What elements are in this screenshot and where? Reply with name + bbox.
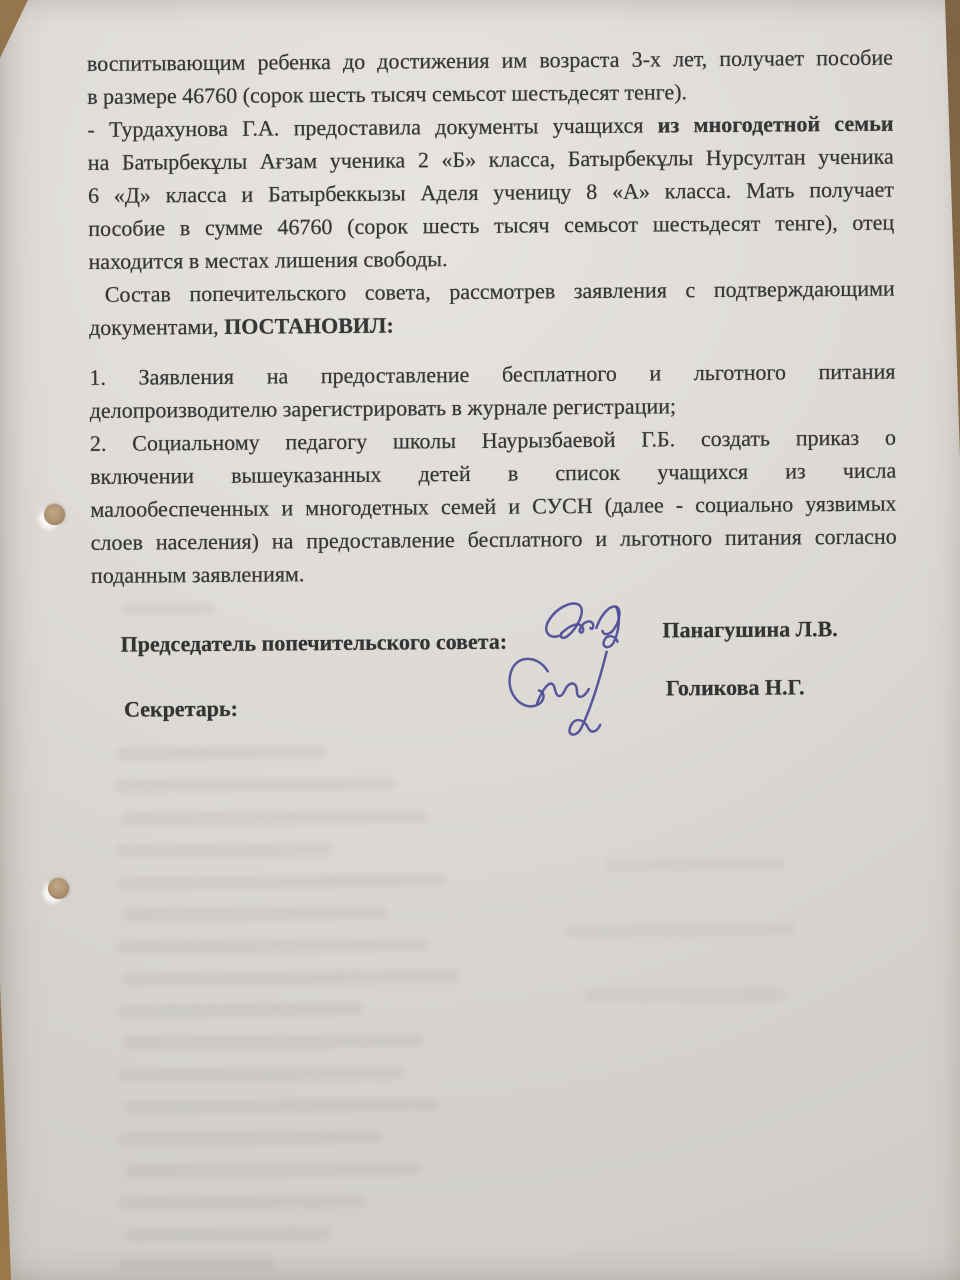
body-line: пособие в сумме 46760 (сорок шесть тысяч…: [88, 206, 894, 245]
body-line-text: в размере 46760 (сорок шесть тысяч семьс…: [87, 79, 687, 109]
document-page: воспитывающим ребенка до достижения им в…: [0, 0, 960, 1280]
bleed-through-line: [124, 1034, 424, 1049]
body-line-text: Состав попечительского совета, рассмотре…: [105, 276, 895, 307]
printed-content-layer: воспитывающим ребенка до достижения им в…: [0, 0, 960, 1280]
body-line-text: - Турдахунова Г.А. предоставила документ…: [87, 112, 657, 141]
body-line-text: воспитывающим ребенка до достижения им в…: [87, 45, 893, 76]
bleed-through-line: [118, 1131, 383, 1146]
resolution-item-line: слоев населения) на предоставление беспл…: [91, 520, 897, 559]
signature-stroke: [569, 652, 607, 735]
body-line-text: делопроизводителю зарегистрировать в жур…: [90, 393, 677, 423]
bleed-through-line: [120, 602, 215, 616]
bleed-through-line: [116, 874, 446, 890]
body-line-bold: ПОСТАНОВИЛ:: [224, 313, 394, 339]
bleed-through-line: [585, 987, 785, 1002]
punch-hole-top: [44, 504, 65, 525]
body-line-text: пособие в сумме 46760 (сорок шесть тысяч…: [88, 210, 894, 241]
bleed-through-line: [123, 970, 458, 986]
body-line-text: на Батырбекұлы Ағзам ученика 2 «Б» класс…: [88, 144, 894, 175]
bleed-through-line: [565, 922, 795, 937]
chairman-label: Председатель попечительского совета:: [120, 629, 507, 658]
signature-stroke: [561, 621, 593, 633]
body-line-text: 6 «Д» класса и Батырбеккызы Аделя учениц…: [88, 177, 894, 208]
bleed-through-line: [116, 843, 331, 858]
body-line: воспитывающим ребенка до достижения им в…: [87, 41, 893, 80]
body-line-text: 2. Социальному педагогу школы Наурызбаев…: [90, 425, 896, 456]
body-line-text: слоев населения) на предоставление беспл…: [91, 524, 897, 555]
bleed-through-line: [117, 938, 427, 953]
bleed-through-line: [123, 907, 388, 922]
body-line-text: малообеспеченных и многодетных семей и С…: [90, 491, 896, 522]
bleed-through-line: [119, 1257, 274, 1271]
signature-stroke: [509, 659, 548, 707]
resolution-item-line: 1. Заявления на предоставление бесплатно…: [89, 355, 895, 394]
chairman-signature: [536, 593, 656, 654]
signature-stroke: [546, 603, 582, 638]
bleed-through-text: [0, 0, 957, 4]
body-line-text: 1. Заявления на предоставление бесплатно…: [89, 359, 895, 390]
bleed-through-line: [118, 1066, 403, 1081]
body-line-text: поданным заявлениям.: [91, 561, 305, 588]
body-line-text: документами,: [89, 314, 224, 340]
resolution-item-line: поданным заявлениям.: [91, 553, 897, 592]
bleed-through-line: [125, 1162, 420, 1177]
bleed-through-line: [117, 1003, 362, 1018]
chairman-name: Панагушина Л.В.: [662, 616, 837, 643]
body-line: документами, ПОСТАНОВИЛ:: [89, 305, 895, 344]
signature-stroke: [537, 683, 589, 703]
secretary-label: Секретарь:: [124, 696, 238, 723]
bleed-through-line: [116, 778, 396, 793]
document-body: воспитывающим ребенка до достижения им в…: [87, 41, 897, 592]
bleed-through-line: [125, 1227, 330, 1242]
secretary-name: Голикова Н.Г.: [666, 674, 805, 701]
body-line: Состав попечительского совета, рассмотре…: [89, 272, 895, 311]
signature-stroke: [596, 607, 619, 635]
secretary-signature: [501, 647, 652, 748]
bleed-through-line: [122, 810, 427, 825]
body-line-text: находится в местах лишения свободы.: [88, 246, 447, 274]
punch-hole-bottom: [48, 878, 69, 899]
bleed-through-line: [115, 746, 325, 761]
body-line-bold: из многодетной семьи: [658, 111, 894, 138]
bleed-through-line: [124, 1098, 439, 1113]
body-line-text: включении вышеуказанных детей в список у…: [90, 458, 896, 489]
bleed-through-line: [604, 857, 784, 871]
bleed-through-line: [119, 1195, 364, 1210]
